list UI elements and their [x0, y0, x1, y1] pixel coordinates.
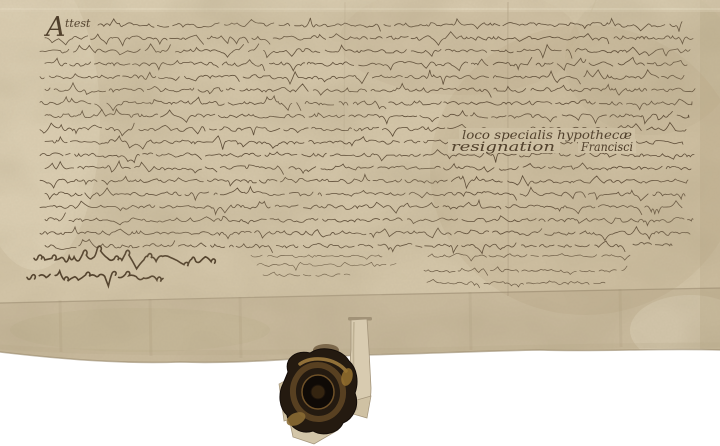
photo-canvas: A ttest loco specialis hypothecæ resigna…	[0, 0, 720, 446]
document-photo: A ttest loco specialis hypothecæ resigna…	[0, 0, 720, 446]
wax-seal-boss	[311, 385, 325, 399]
